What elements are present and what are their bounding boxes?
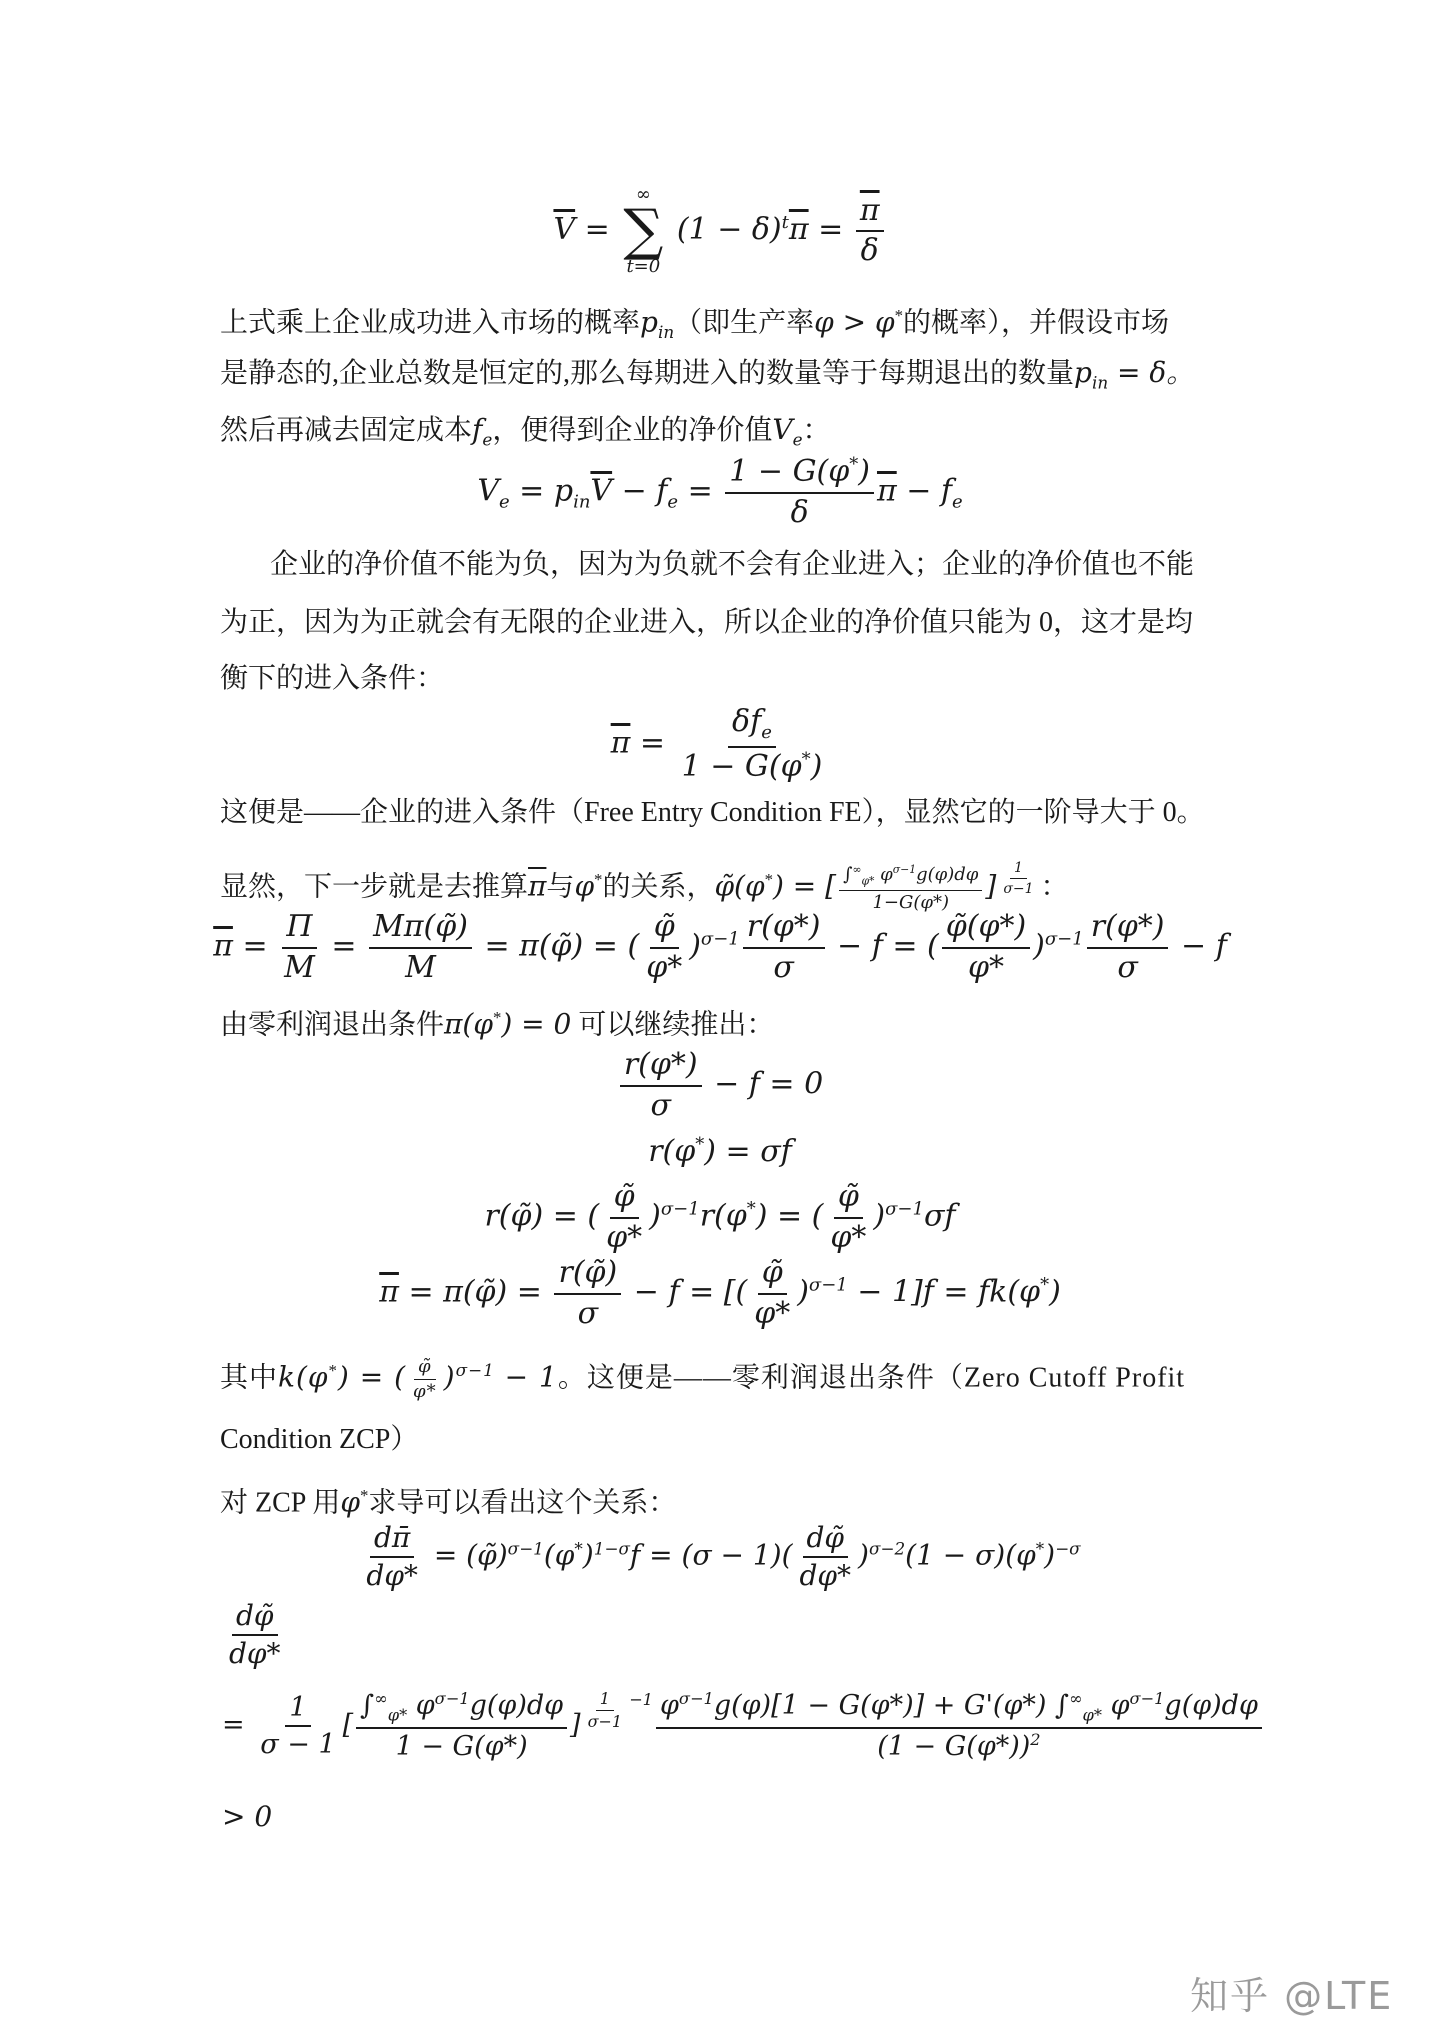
math: k(φ xyxy=(278,1360,329,1393)
fraction-denominator: φ* xyxy=(750,1295,794,1332)
fraction-numerator: Π xyxy=(282,910,316,949)
math-sub: e xyxy=(761,722,772,743)
fraction-numerator: φ̃(φ*) xyxy=(942,910,1030,949)
text: 这便是——企业的进入条件（Free Entry Condition FE），显然… xyxy=(220,797,1205,828)
fraction-denominator: δ xyxy=(787,494,813,531)
math-sup: σ−1 xyxy=(809,1275,848,1296)
math: ) xyxy=(811,749,823,784)
math: g(φ)dφ xyxy=(916,864,978,885)
math-sup: * xyxy=(329,1361,338,1380)
math-fraction: φ̃φ* xyxy=(642,910,686,985)
math: ) xyxy=(649,1199,661,1234)
fraction-denominator: dφ* xyxy=(796,1558,856,1592)
equation-pibar-fk: π = π(φ̃) = r(φ̃)σ − f = [(φ̃φ*)σ−1 − 1]… xyxy=(0,1256,1440,1331)
fraction-denominator: σ − 1 xyxy=(256,1727,339,1760)
fraction-numerator: φ̃ xyxy=(414,1357,436,1381)
math: 1 − G(φ xyxy=(682,749,802,784)
equation-ve: Ve = pinV − fe = 1 − G(φ*) δ π − fe xyxy=(0,455,1440,530)
fraction-numerator: dπ̄ xyxy=(370,1522,414,1558)
math: δf xyxy=(732,704,761,739)
math-sup: σ−1 xyxy=(885,1199,924,1220)
math: ) xyxy=(1044,1539,1055,1572)
math: − f = [( xyxy=(624,1275,747,1310)
math-sup: ∞ xyxy=(374,1689,387,1708)
math-sup: 1−σ xyxy=(594,1538,630,1558)
fraction-denominator: φ* xyxy=(602,1219,646,1256)
text-line: 其中k(φ*) = (φ̃φ*)σ−1 − 1。这便是——零利润退出条件（Zer… xyxy=(220,1350,1230,1403)
text: ，便得到企业的净价值 xyxy=(492,415,772,446)
math-sup: 2 xyxy=(1030,1730,1040,1749)
math-exponent-fraction: 1σ−1 xyxy=(999,860,1037,897)
text-line: 是静态的,企业总数是恒定的,那么每期进入的数量等于每期退出的数量pin = δ。 xyxy=(220,353,1230,403)
text: 求导可以看出这个关系： xyxy=(368,1487,676,1518)
fraction-denominator: 1 − G(φ*) xyxy=(678,748,827,785)
math-sup: −σ xyxy=(1055,1538,1081,1558)
math: = p xyxy=(510,474,573,509)
equation-r-phi-tilde: r(φ̃) = (φ̃φ*)σ−1r(φ*) = (φ̃φ*)σ−1σf xyxy=(0,1180,1440,1255)
math: r(φ xyxy=(700,1199,747,1234)
math-v: V xyxy=(772,413,792,446)
math: g(φ)dφ xyxy=(470,1690,563,1721)
fraction-numerator: δfe xyxy=(728,705,776,748)
math-sup: σ−1 xyxy=(679,1689,714,1708)
text-line: 企业的净价值不能为负，因为为负就不会有企业进入；企业的净价值也不能 xyxy=(270,545,1280,585)
math: = π(φ̃) = ( xyxy=(475,929,639,964)
math: ) xyxy=(873,1199,885,1234)
equation-average-profit: π = ΠM = Mπ(φ̃)M = π(φ̃) = (φ̃φ*)σ−1r(φ*… xyxy=(0,910,1440,985)
math: π(φ xyxy=(444,1007,493,1040)
math-sup: * xyxy=(849,454,858,475)
text: 为正，因为为正就会有无限的企业进入，所以企业的净价值只能为 0，这才是均 xyxy=(220,607,1193,638)
fraction-numerator: π xyxy=(856,194,884,233)
math-pibar: π xyxy=(789,212,809,247)
math: f = (σ − 1)( xyxy=(630,1539,793,1572)
math: = (φ̃) xyxy=(425,1539,508,1572)
math: − 1 xyxy=(495,1360,558,1393)
fraction-denominator: σ−1 xyxy=(584,1711,627,1731)
fraction-numerator: Mπ(φ̃) xyxy=(369,910,472,949)
math: g(φ)[1 − G(φ*)] + G'(φ*) xyxy=(714,1690,1055,1721)
fraction-numerator: φ̃ xyxy=(650,910,679,949)
math: ) = σf xyxy=(704,1134,792,1169)
math-pibar: π xyxy=(877,474,897,509)
fraction-numerator: φ̃ xyxy=(834,1180,863,1219)
math-sup: σ−1 xyxy=(456,1360,495,1380)
math: ) = [ xyxy=(773,869,836,902)
math: σf xyxy=(924,1199,956,1234)
fraction-numerator: r(φ̃) xyxy=(554,1256,621,1295)
math-sup: * xyxy=(765,870,773,889)
text: 。这便是——零利润退出条件（Zero Cutoff Profit xyxy=(558,1362,1185,1393)
math-sub: in xyxy=(658,322,674,342)
math-vbar: V xyxy=(590,474,612,509)
text: 上式乘上企业成功进入市场的概率 xyxy=(220,307,640,338)
text: 的概率），并假设市场 xyxy=(903,307,1169,338)
math-sup: σ−1 xyxy=(661,1199,700,1220)
math-sub: e xyxy=(667,492,678,513)
math-sup: σ−1 xyxy=(1129,1689,1164,1708)
math-fraction: π δ xyxy=(856,194,884,269)
math-sup: σ−1 xyxy=(1045,929,1084,950)
fraction-denominator: σ xyxy=(646,1087,674,1124)
text-line: 上式乘上企业成功进入市场的概率pin（即生产率φ > φ*的概率），并假设市场 xyxy=(220,296,1230,352)
math-fraction: r(φ*)σ xyxy=(1087,910,1169,985)
equation-dphi-tilde: dφ̃dφ* xyxy=(222,1600,288,1670)
text-line: 这便是——企业的进入条件（Free Entry Condition FE），显然… xyxy=(220,793,1230,833)
fraction-numerator: dφ̃ xyxy=(232,1600,278,1636)
fraction-numerator: 1 xyxy=(596,1690,614,1711)
equation-derivative-expansion: = 1σ − 1[∫∞φ* φσ−1g(φ)dφ1 − G(φ*)]1σ−1−1… xyxy=(222,1690,1265,1762)
math-sup: ∞ xyxy=(1069,1689,1082,1708)
watermark-text: 知乎 @LTE xyxy=(1190,1974,1393,2018)
math: ) xyxy=(444,1360,456,1393)
math: ] xyxy=(570,1710,581,1741)
math-p: p xyxy=(640,305,658,338)
math: (φ xyxy=(544,1539,575,1572)
math-f: f xyxy=(472,413,482,446)
math: [ xyxy=(343,1710,354,1741)
math: − f = ( xyxy=(828,929,939,964)
math-equals: = xyxy=(322,929,366,964)
math-sup: * xyxy=(695,1134,704,1155)
math: ) = 0 xyxy=(501,1007,571,1040)
math-sup: −1 xyxy=(629,1690,653,1709)
fraction-numerator: 1 xyxy=(285,1692,310,1727)
fraction-denominator: φ* xyxy=(826,1219,870,1256)
math: φ xyxy=(660,1690,679,1721)
math-term: (1 − δ) xyxy=(677,212,782,247)
math-sup: σ−1 xyxy=(701,929,740,950)
math: r(φ xyxy=(648,1134,695,1169)
math: (1 − G(φ*)) xyxy=(877,1731,1030,1762)
fraction-numerator: φ̃ xyxy=(610,1180,639,1219)
math: ) xyxy=(797,1275,809,1310)
fraction-denominator: δ xyxy=(857,232,883,269)
text: 对 ZCP 用 xyxy=(220,1487,340,1518)
math: − f = 0 xyxy=(705,1067,824,1102)
sum-lower-limit: t=0 xyxy=(626,257,660,277)
math-sub: e xyxy=(499,492,510,513)
fraction-denominator: σ xyxy=(769,949,797,986)
text: = δ。 xyxy=(1108,356,1194,389)
math: ) = ( xyxy=(756,1199,824,1234)
math-sup: σ−1 xyxy=(508,1538,544,1558)
math: 1 − G(φ xyxy=(729,454,849,489)
math: φ̃(φ xyxy=(714,869,764,902)
math-fraction: δfe 1 − G(φ*) xyxy=(678,705,827,784)
math: ) xyxy=(689,929,701,964)
math-sup: * xyxy=(1040,1275,1049,1296)
text: 衡下的进入条件： xyxy=(220,663,444,694)
math: φ xyxy=(874,864,892,885)
math-sup: * xyxy=(574,1538,582,1558)
fraction-numerator: φ̃ xyxy=(758,1256,787,1295)
equation-zero-profit: r(φ*)σ − f = 0 xyxy=(0,1048,1440,1123)
math-sup: * xyxy=(802,749,811,770)
equation-greater-than-zero: > 0 xyxy=(222,1800,272,1833)
integral-icon: ∫ xyxy=(1055,1690,1069,1721)
text-line: 由零利润退出条件π(φ*) = 0 可以继续推出： xyxy=(220,998,1230,1045)
text: Condition ZCP） xyxy=(220,1424,418,1455)
math-sub: in xyxy=(1092,373,1108,393)
math: ) xyxy=(583,1539,594,1572)
text-line: 为正，因为为正就会有无限的企业进入，所以企业的净价值只能为 0，这才是均 xyxy=(220,603,1230,643)
math-phi: φ xyxy=(340,1485,360,1518)
math-sub: e xyxy=(952,492,963,513)
math-fraction: 1σ − 1 xyxy=(256,1692,339,1760)
math-fraction: 1 − G(φ*) δ xyxy=(725,455,874,530)
equation-r-phi-star: r(φ*) = σf xyxy=(0,1134,1440,1169)
math-equals: = xyxy=(818,212,843,247)
sum-symbol: ∑ xyxy=(623,205,663,257)
text-line: 衡下的进入条件： xyxy=(220,659,1230,699)
math-fraction: r(φ*)σ xyxy=(620,1048,702,1123)
math: φ xyxy=(1102,1690,1130,1721)
fraction-numerator: dφ̃ xyxy=(803,1522,849,1558)
text: 与 xyxy=(546,871,574,902)
equation-free-entry: π = δfe 1 − G(φ*) xyxy=(0,705,1440,784)
math-pibar: π xyxy=(213,929,233,964)
fraction-numerator: r(φ*) xyxy=(1087,910,1169,949)
math-equals: = xyxy=(678,474,722,509)
fraction-denominator: φ* xyxy=(642,949,686,986)
math: − f xyxy=(1171,929,1226,964)
fraction-denominator: M xyxy=(401,949,440,986)
math: φ xyxy=(407,1690,435,1721)
math-equals: = xyxy=(630,726,674,761)
math-pibar: π xyxy=(528,869,546,902)
math-sub: e xyxy=(482,430,492,450)
equation-derivative-pibar: dπ̄dφ* = (φ̃)σ−1(φ*)1−σf = (σ − 1)(dφ̃dφ… xyxy=(0,1522,1440,1592)
fraction-denominator: σ xyxy=(1113,949,1141,986)
math-fraction: φ̃φ* xyxy=(826,1180,870,1255)
fraction-numerator: φσ−1g(φ)[1 − G(φ*)] + G'(φ*) ∫∞φ* φσ−1g(… xyxy=(656,1690,1262,1729)
text: 是静态的,企业总数是恒定的,那么每期进入的数量等于每期退出的数量 xyxy=(220,358,1074,389)
math-pibar: π xyxy=(611,726,631,761)
math-sub: φ* xyxy=(1083,1705,1102,1724)
math-phi: φ xyxy=(574,869,594,902)
math: − f xyxy=(897,474,952,509)
math-fraction: ∫∞φ* φσ−1g(φ)dφ1−G(φ*) xyxy=(839,864,982,914)
math: (1 − σ)(φ xyxy=(905,1539,1036,1572)
text-line: 显然，下一步就是去推算π与φ*的关系，φ̃(φ*) = [∫∞φ* φσ−1g(… xyxy=(220,860,1230,914)
math-vbar: V xyxy=(553,212,575,247)
fraction-denominator: φ* xyxy=(964,949,1008,986)
fraction-numerator: r(φ*) xyxy=(743,910,825,949)
fraction-denominator: 1 − G(φ*) xyxy=(392,1729,532,1762)
math: ) xyxy=(1049,1275,1061,1310)
fraction-numerator: ∫∞φ* φσ−1g(φ)dφ xyxy=(839,864,982,891)
math-fraction: φ̃φ* xyxy=(602,1180,646,1255)
math-fraction: dφ̃dφ* xyxy=(225,1600,285,1670)
math-pibar: π xyxy=(379,1275,399,1310)
zhihu-watermark: 知乎 @LTE xyxy=(1190,1965,1393,2020)
math: V xyxy=(477,474,499,509)
math-fraction: dπ̄dφ* xyxy=(362,1522,422,1592)
text: （即生产率 xyxy=(674,307,814,338)
math-equals: = xyxy=(233,929,277,964)
math-fraction: r(φ*)σ xyxy=(743,910,825,985)
math-fraction: ΠM xyxy=(280,910,319,985)
math-fraction: φσ−1g(φ)[1 − G(φ*)] + G'(φ*) ∫∞φ* φσ−1g(… xyxy=(656,1690,1262,1762)
math-sup: σ−2 xyxy=(869,1538,905,1558)
math: r(φ̃) = ( xyxy=(484,1199,599,1234)
math-fraction: φ̃φ* xyxy=(750,1256,794,1331)
equation-vbar-sum: V = ∞ ∑ t=0 (1 − δ)tπ = π δ xyxy=(0,185,1440,277)
fraction-denominator: (1 − G(φ*))2 xyxy=(873,1729,1044,1762)
text: ： xyxy=(803,415,831,446)
text: ： xyxy=(1041,871,1069,902)
text: 其中 xyxy=(220,1362,278,1393)
math-fraction: φ̃(φ*)φ* xyxy=(942,910,1030,985)
fraction-denominator: dφ* xyxy=(362,1558,422,1592)
math-sup: * xyxy=(895,306,903,325)
fraction-numerator: 1 − G(φ*) xyxy=(725,455,874,494)
integral-icon: ∫ xyxy=(360,1690,374,1721)
math-fraction: Mπ(φ̃)M xyxy=(369,910,472,985)
math-sub: in xyxy=(573,492,590,513)
math: − 1]f = fk(φ xyxy=(848,1275,1040,1310)
math-sup: σ−1 xyxy=(893,863,916,876)
math: ) xyxy=(1033,929,1045,964)
fraction-numerator: 1 xyxy=(1010,860,1027,879)
math-fraction: ∫∞φ* φσ−1g(φ)dφ1 − G(φ*) xyxy=(356,1690,567,1762)
math-equals: = xyxy=(222,1710,253,1741)
math: g(φ)dφ xyxy=(1164,1690,1257,1721)
math-sup: σ−1 xyxy=(435,1689,470,1708)
summation: ∞ ∑ t=0 xyxy=(623,185,663,277)
math-sub: φ* xyxy=(861,875,874,888)
text: 显然，下一步就是去推算 xyxy=(220,871,528,902)
math-equals: = xyxy=(585,212,610,247)
math-sup: * xyxy=(1036,1538,1044,1558)
math-fraction: dφ̃dφ* xyxy=(796,1522,856,1592)
text: 由零利润退出条件 xyxy=(220,1009,444,1040)
math: = π(φ̃) = xyxy=(399,1275,552,1310)
math: − f xyxy=(612,474,667,509)
fraction-numerator: ∫∞φ* φσ−1g(φ)dφ xyxy=(356,1690,567,1729)
math: > 0 xyxy=(222,1800,272,1833)
fraction-denominator: σ xyxy=(574,1295,602,1332)
math-fraction: r(φ̃)σ xyxy=(554,1256,621,1331)
text: 然后再减去固定成本 xyxy=(220,415,472,446)
fraction-denominator: M xyxy=(280,949,319,986)
text: 的关系， xyxy=(602,871,714,902)
math-condition: φ > φ xyxy=(814,305,894,338)
math-sup: * xyxy=(747,1199,756,1220)
math: ) = ( xyxy=(338,1360,406,1393)
fraction-denominator: σ−1 xyxy=(999,879,1037,897)
fraction-denominator: dφ* xyxy=(225,1636,285,1670)
math-sup: t xyxy=(782,212,789,233)
math-p: p xyxy=(1074,356,1092,389)
math-sub: e xyxy=(793,430,803,450)
text-line: 然后再减去固定成本fe，便得到企业的净价值Ve： xyxy=(220,410,1230,460)
math-exponent-fraction: 1σ−1 xyxy=(584,1690,627,1732)
math-sub: φ* xyxy=(388,1705,407,1724)
math-fraction: φ̃φ* xyxy=(409,1357,441,1403)
math: ) xyxy=(858,454,870,489)
fraction-denominator: φ* xyxy=(409,1380,441,1403)
math: ) xyxy=(858,1539,869,1572)
text: 企业的净价值不能为负，因为为负就不会有企业进入；企业的净价值也不能 xyxy=(270,549,1194,580)
math: ] xyxy=(985,869,996,902)
text: 可以继续推出： xyxy=(571,1009,774,1040)
text-line: 对 ZCP 用φ*求导可以看出这个关系： xyxy=(220,1476,1230,1523)
text-line: Condition ZCP） xyxy=(220,1420,1230,1460)
fraction-numerator: r(φ*) xyxy=(620,1048,702,1087)
